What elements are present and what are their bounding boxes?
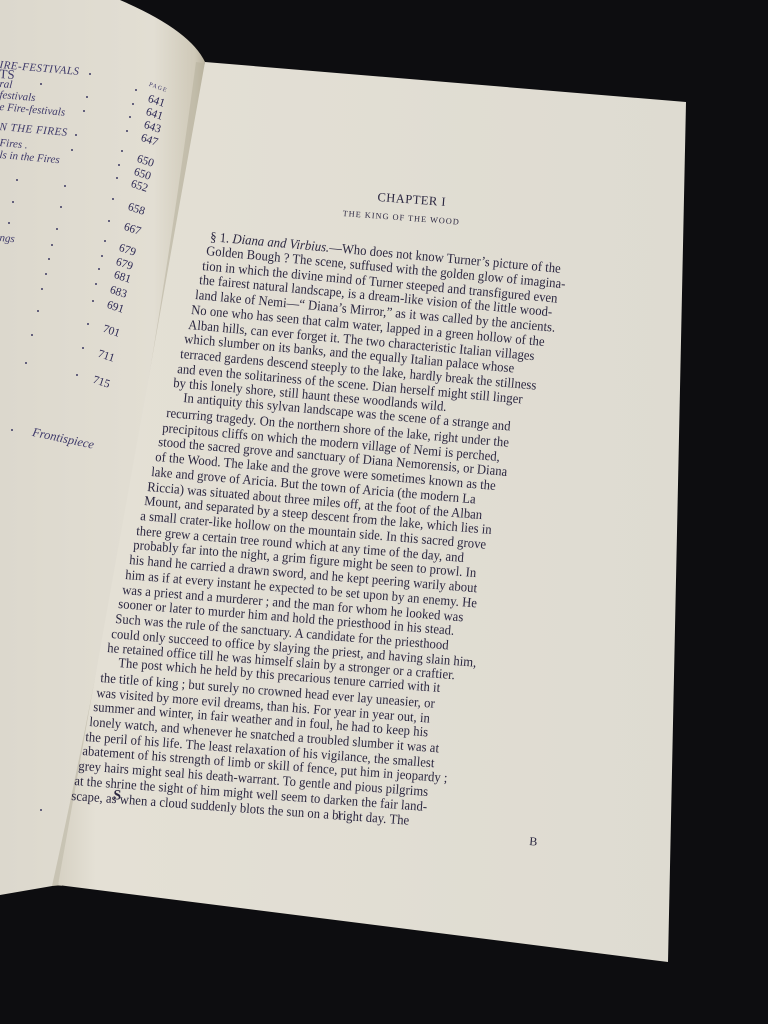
book-photo: TS IRE-FESTIVALS ral festivals e Fire-fe…	[0, 0, 768, 1024]
chapter-subtitle: THE KING OF THE WOOD	[342, 209, 460, 227]
signature-mark: B	[529, 834, 538, 850]
right-page-content: CHAPTER I THE KING OF THE WOOD § 1. Dian…	[0, 0, 768, 1024]
page-number: 1	[336, 809, 343, 821]
printer-mark: S	[113, 788, 122, 805]
chapter-title: CHAPTER I	[377, 190, 447, 210]
